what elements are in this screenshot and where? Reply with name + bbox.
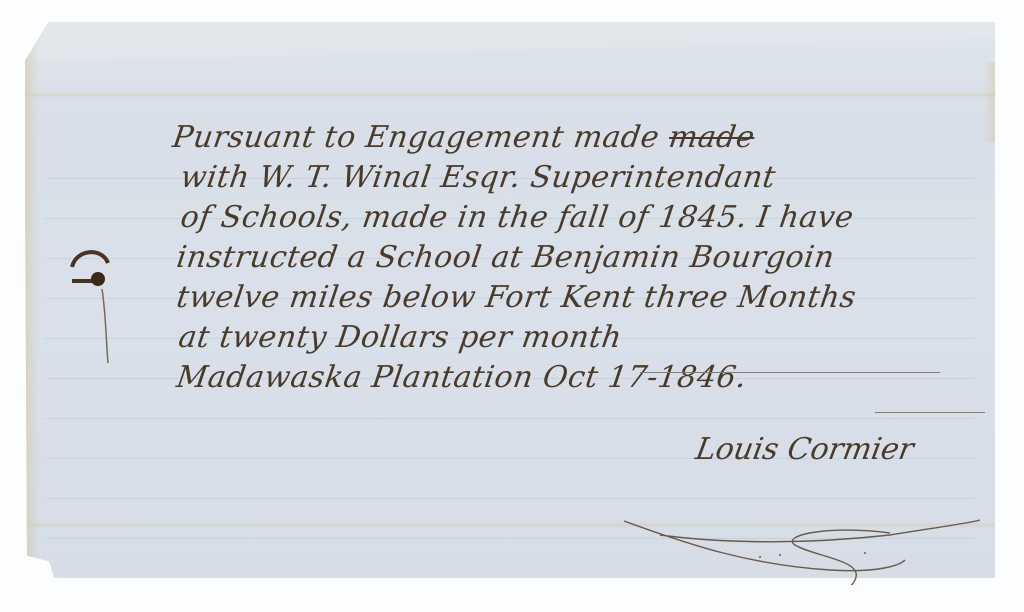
trailing-dash <box>875 412 985 413</box>
letter-line-7: Madawaska Plantation Oct 17-1846. <box>148 358 974 398</box>
letter-line-5: twelve miles below Fort Kent three Month… <box>148 278 974 318</box>
signature-flourish <box>600 465 1020 585</box>
line-text: at twenty Dollars per month <box>176 318 624 358</box>
letter-line-2: with W. T. Winal Esqr. Superintendant <box>148 158 974 198</box>
letter-line-6: at twenty Dollars per month <box>148 318 974 358</box>
line-text: instructed a School at Benjamin Bourgoin <box>174 238 837 278</box>
line-text: Madawaska Plantation Oct 17-1846. <box>174 358 749 398</box>
line-text: of Schools, made in the fall of 1845. I … <box>178 198 856 238</box>
letter-line-4: instructed a School at Benjamin Bourgoin <box>148 238 974 278</box>
fold-crease <box>25 92 995 98</box>
edge-stain <box>983 62 995 142</box>
signature: Louis Cormier <box>693 432 916 467</box>
ruled-line <box>45 418 975 419</box>
document-viewer: 4 Pursuant to Engagement made made with … <box>0 0 1024 612</box>
line-text: Pursuant to Engagement made <box>170 118 662 158</box>
letter-line-1: Pursuant to Engagement made made <box>148 118 974 158</box>
letter-body: Pursuant to Engagement made made with W.… <box>148 118 968 398</box>
folded-corner <box>25 22 995 62</box>
margin-numeral-mark: 4 <box>62 245 122 365</box>
edge-stain <box>25 42 39 562</box>
line-text: with W. T. Winal Esqr. Superintendant <box>178 158 778 198</box>
trailing-dash <box>640 372 940 373</box>
line-text: twelve miles below Fort Kent three Month… <box>174 278 859 318</box>
struck-word: made <box>666 118 757 158</box>
letter-line-3: of Schools, made in the fall of 1845. I … <box>148 198 974 238</box>
